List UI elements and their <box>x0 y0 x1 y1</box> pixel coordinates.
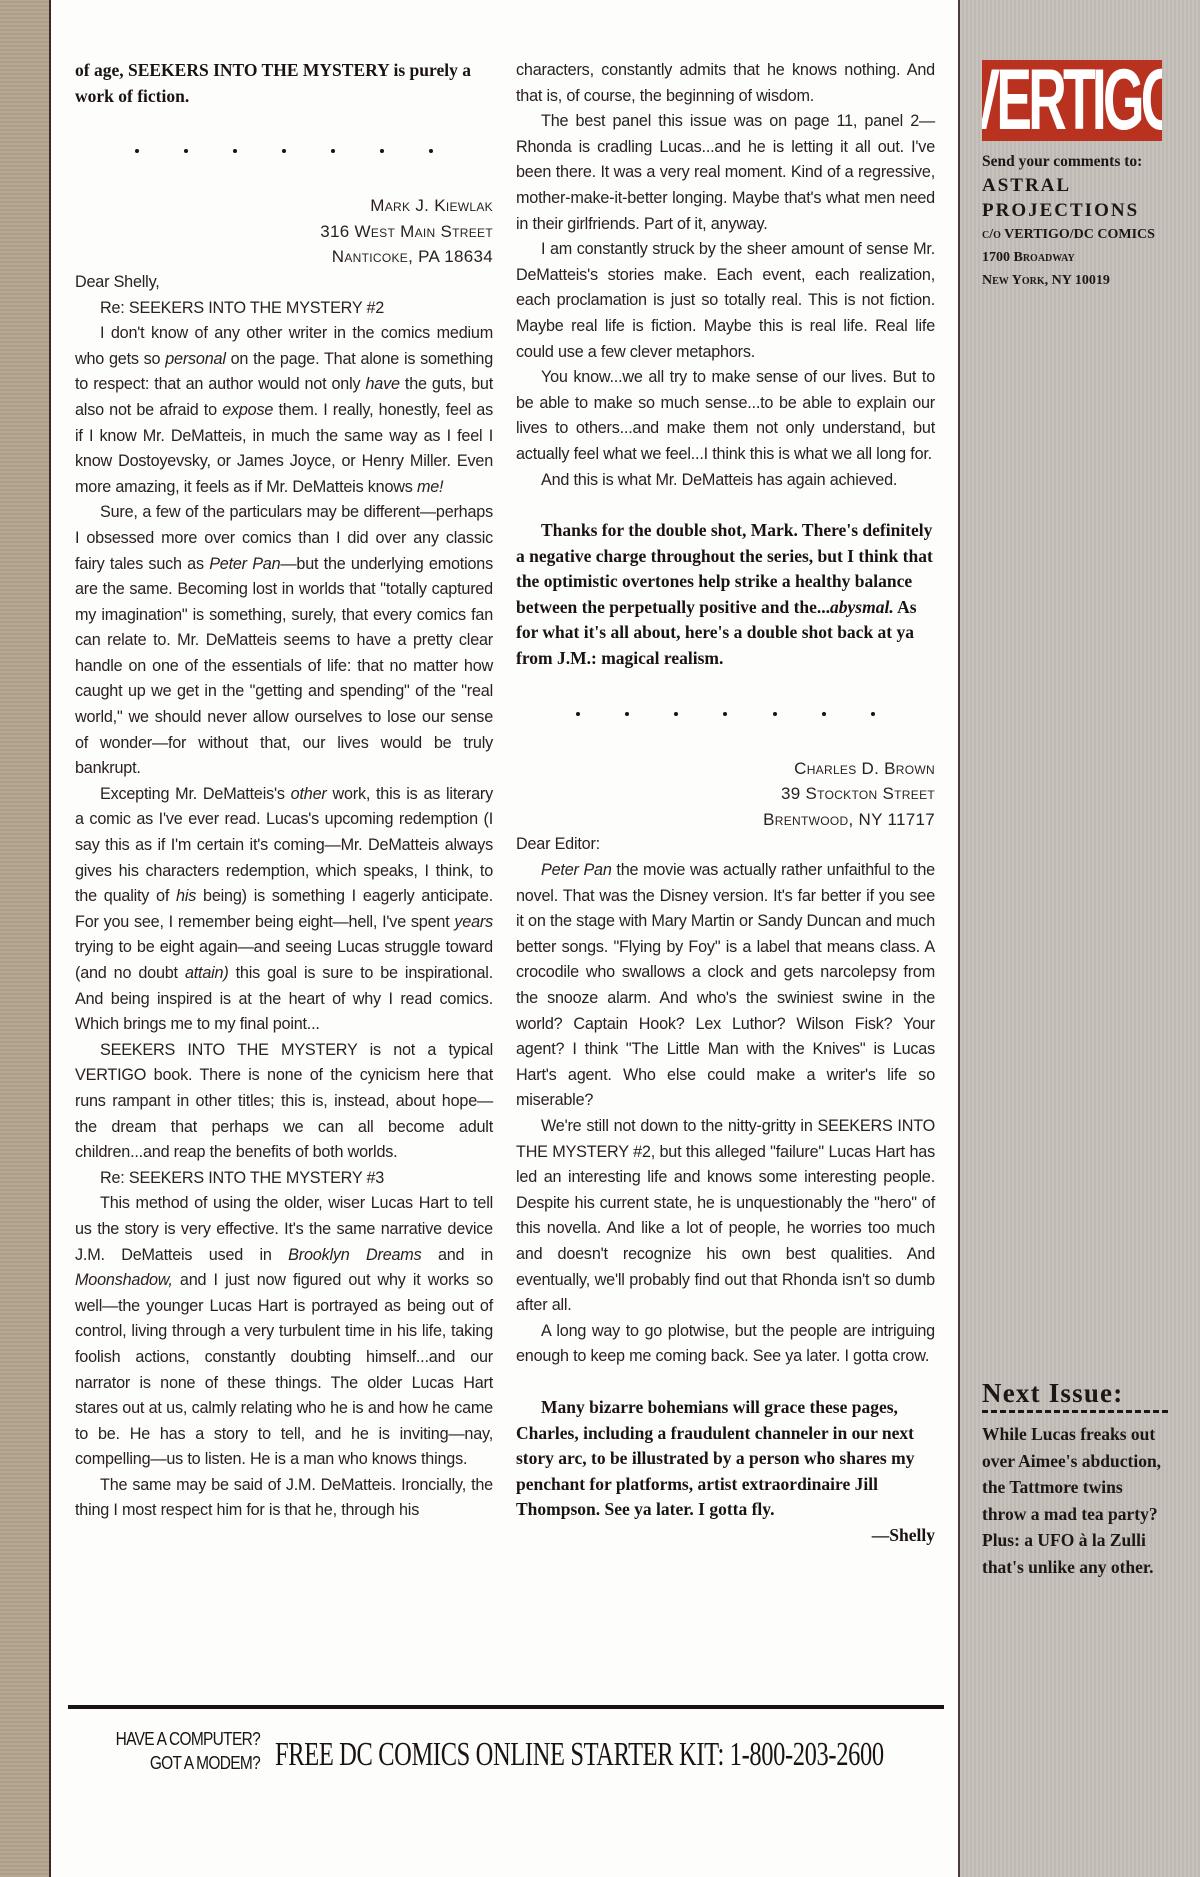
section-divider-dots <box>516 672 935 756</box>
letter-paragraph: I am constantly struck by the sheer amou… <box>516 237 935 365</box>
editor-reply: Thanks for the double shot, Mark. There'… <box>516 518 935 672</box>
left-page-margin <box>0 0 51 1877</box>
sender-name: Charles D. Brown <box>516 756 935 782</box>
re-line: Re: SEEKERS INTO THE MYSTERY #2 <box>75 296 493 322</box>
editor-signature: —Shelly <box>516 1523 935 1549</box>
column-name: PROJECTIONS <box>982 198 1192 223</box>
sender-city: Brentwood, NY 11717 <box>516 807 935 833</box>
editor-reply-intro: of age, SEEKERS INTO THE MYSTERY is pure… <box>75 58 493 109</box>
letter-paragraph: This method of using the older, wiser Lu… <box>75 1191 493 1473</box>
letter-paragraph: We're still not down to the nitty-gritty… <box>516 1114 935 1319</box>
letter1-address: Mark J. Kiewlak 316 West Main Street Nan… <box>75 193 493 270</box>
editor-reply: Many bizarre bohemians will grace these … <box>516 1395 935 1549</box>
next-issue-box: Next Issue: While Lucas freaks out over … <box>982 1378 1168 1580</box>
sender-street: 316 West Main Street <box>75 219 493 245</box>
sender-street: 39 Stockton Street <box>516 781 935 807</box>
ad-headline: FREE DC COMICS ONLINE STARTER KIT: 1-800… <box>275 1736 884 1774</box>
letter-paragraph: And this is what Mr. DeMatteis has again… <box>516 468 935 494</box>
re-line: Re: SEEKERS INTO THE MYSTERY #3 <box>75 1166 493 1192</box>
section-divider-dots <box>75 109 493 193</box>
letter-paragraph: Peter Pan the movie was actually rather … <box>516 858 935 1114</box>
ad-divider <box>68 1705 944 1709</box>
salutation: Dear Shelly, <box>75 270 493 296</box>
next-issue-text: While Lucas freaks out over Aimee's abdu… <box>982 1421 1168 1580</box>
letter-paragraph: SEEKERS INTO THE MYSTERY is not a typica… <box>75 1038 493 1166</box>
mail-address: New York, NY 10019 <box>982 269 1192 292</box>
letter-paragraph: characters, constantly admits that he kn… <box>516 58 935 109</box>
ad-question: HAVE A COMPUTER? GOT A MODEM? <box>95 1727 260 1775</box>
mail-address: 1700 Broadway <box>982 246 1192 269</box>
mail-address: c/o VERTIGO/DC COMICS <box>982 223 1192 246</box>
left-column: of age, SEEKERS INTO THE MYSTERY is pure… <box>75 58 493 1524</box>
sender-city: Nanticoke, PA 18634 <box>75 244 493 270</box>
letter-paragraph: Sure, a few of the particulars may be di… <box>75 500 493 782</box>
letter-paragraph: The best panel this issue was on page 11… <box>516 109 935 237</box>
vertigo-logo: VERTIGO <box>982 60 1162 141</box>
sender-name: Mark J. Kiewlak <box>75 193 493 219</box>
letter-paragraph: I don't know of any other writer in the … <box>75 321 493 500</box>
next-issue-title: Next Issue: <box>982 1378 1168 1413</box>
right-column: characters, constantly admits that he kn… <box>516 58 935 1548</box>
letter2-address: Charles D. Brown 39 Stockton Street Bren… <box>516 756 935 833</box>
letter-paragraph: The same may be said of J.M. DeMatteis. … <box>75 1473 493 1524</box>
column-name: ASTRAL <box>982 173 1192 198</box>
letter-paragraph: A long way to go plotwise, but the peopl… <box>516 1319 935 1370</box>
letter-paragraph: You know...we all try to make sense of o… <box>516 365 935 467</box>
salutation: Dear Editor: <box>516 832 935 858</box>
submission-info: Send your comments to: ASTRAL PROJECTION… <box>982 151 1192 292</box>
letter-paragraph: Excepting Mr. DeMatteis's other work, th… <box>75 782 493 1038</box>
send-intro: Send your comments to: <box>982 151 1192 173</box>
